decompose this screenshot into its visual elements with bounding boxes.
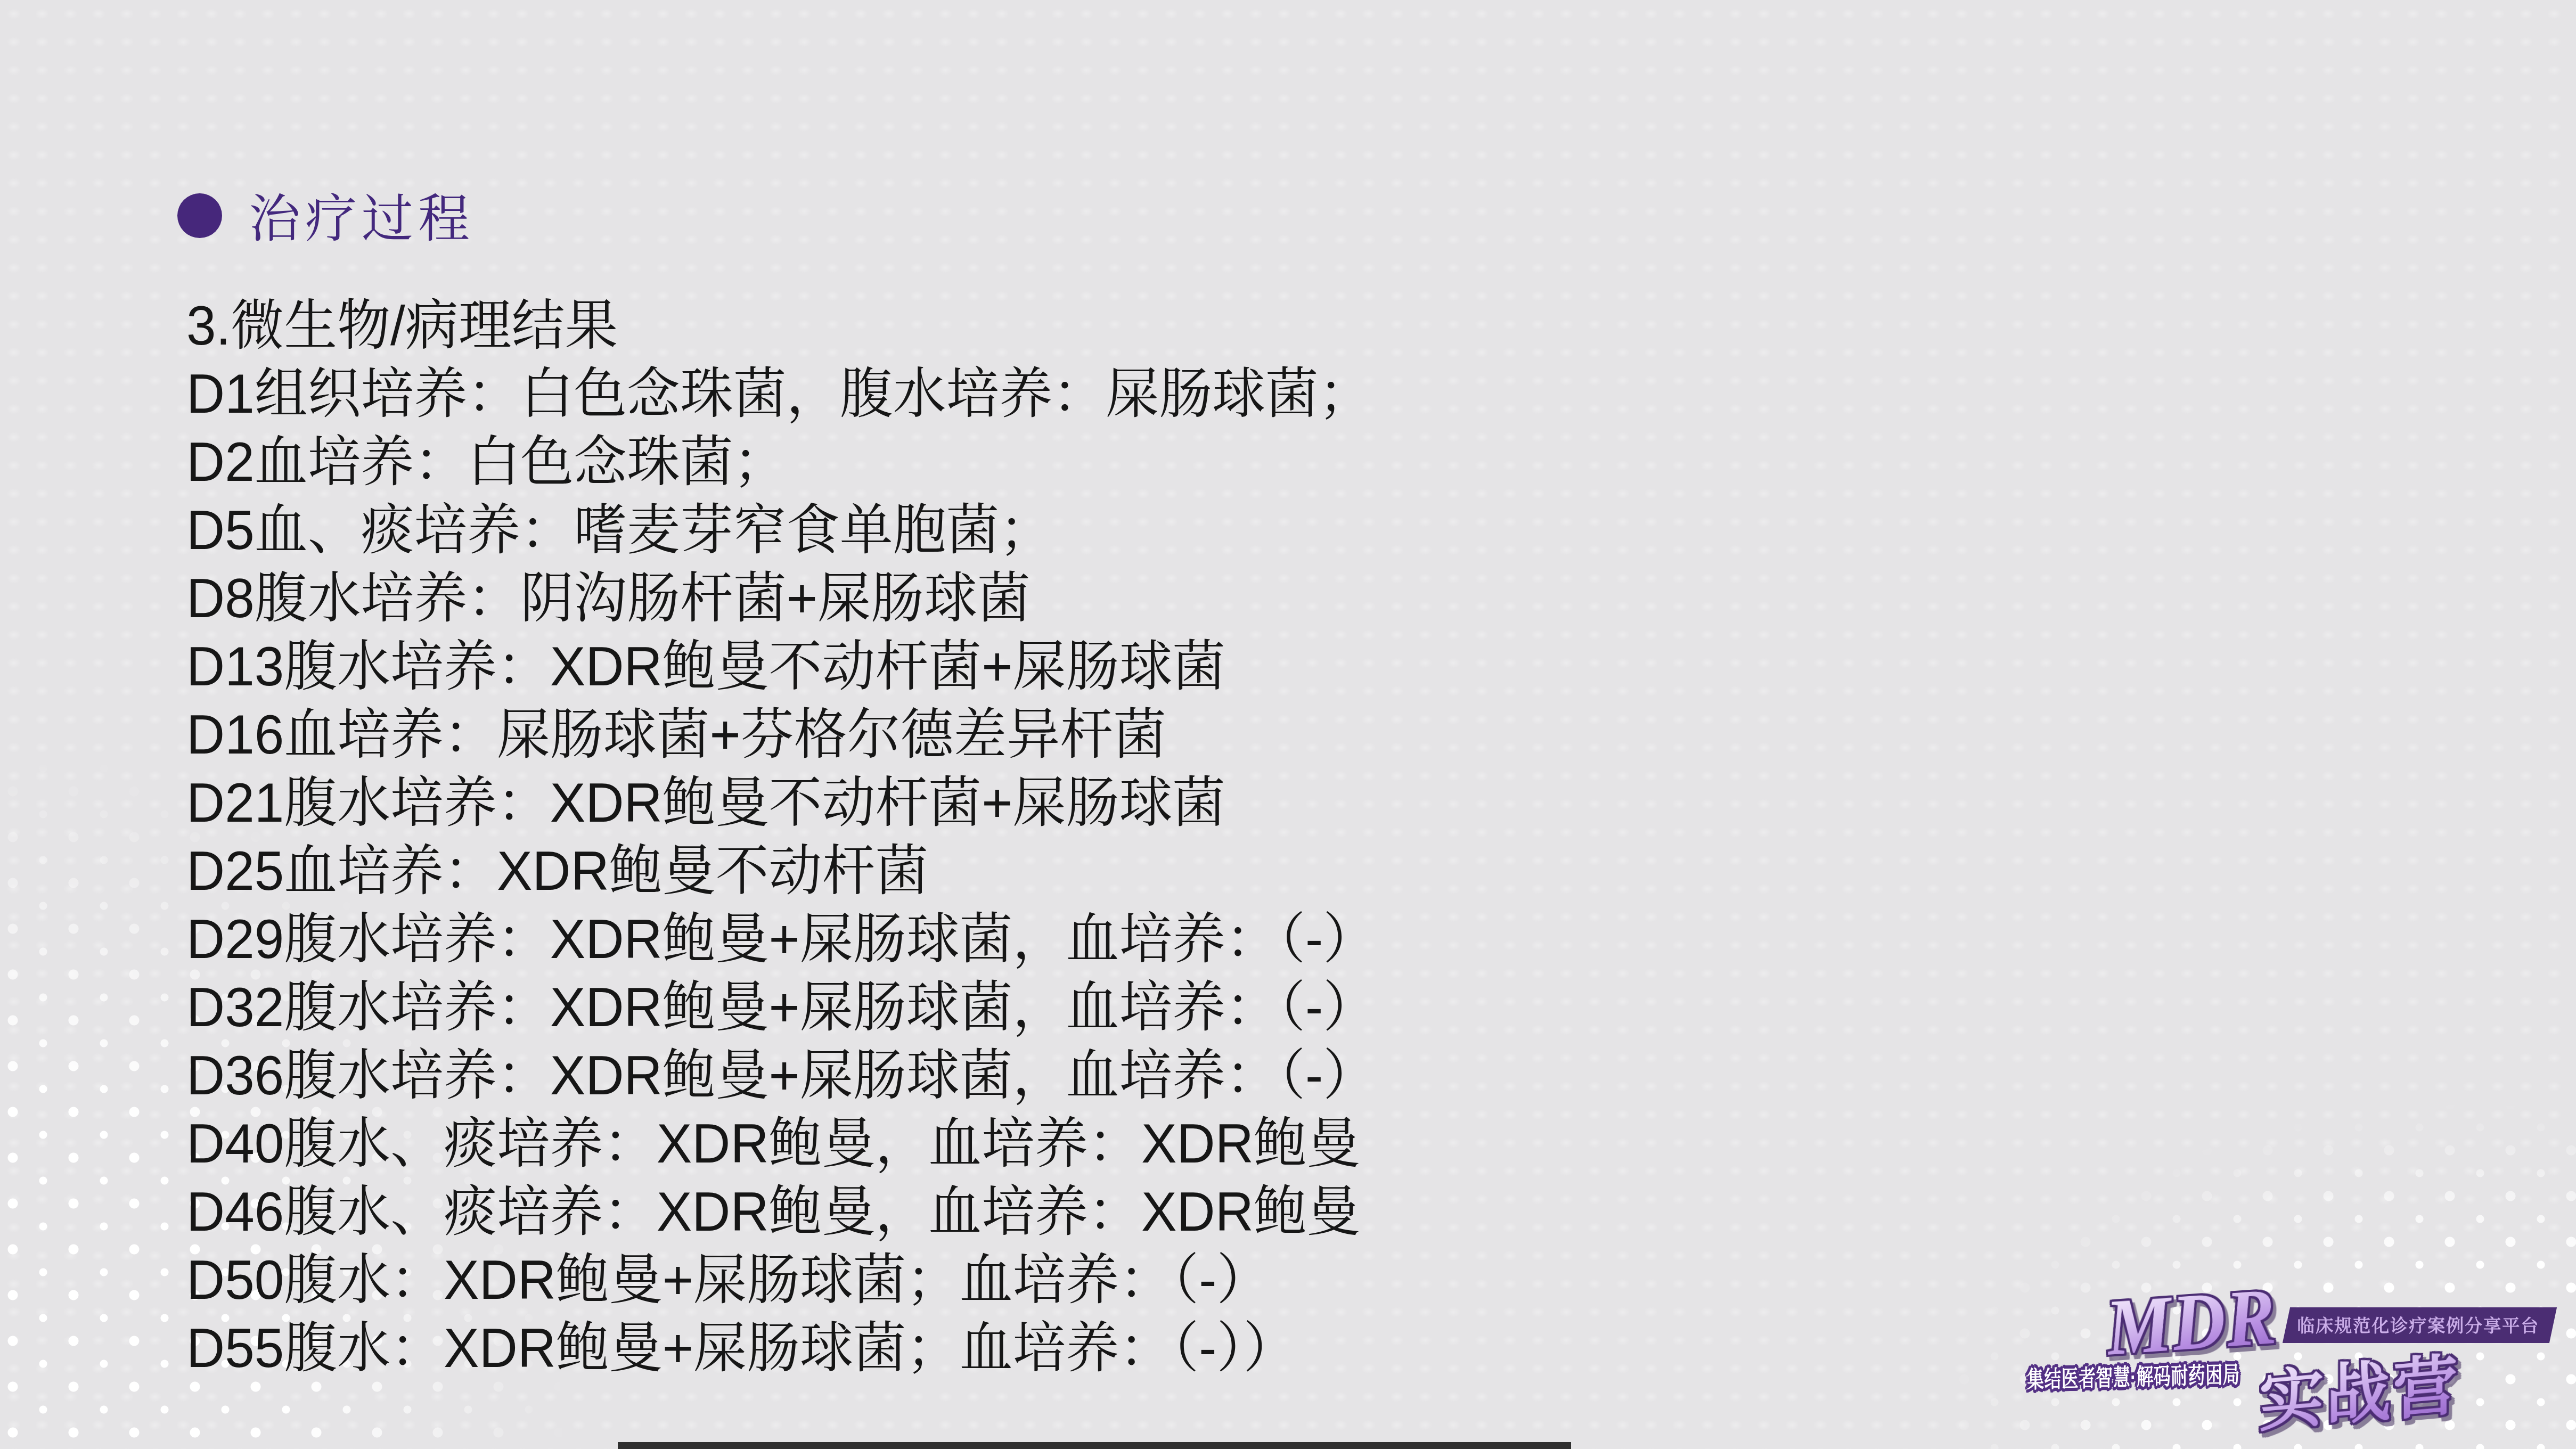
section-bullet-icon: [177, 193, 222, 238]
body-line: D13腹水培养：XDR鲍曼不动杆菌+屎肠球菌: [186, 633, 1376, 701]
logo-slogan-text: 集结医者智慧·解码耐药困局: [2027, 1355, 2240, 1395]
body-line: D2血培养：白色念珠菌；: [186, 428, 1376, 496]
section-header: 治疗过程: [177, 177, 475, 251]
body-line: D25血培养：XDR鲍曼不动杆菌: [186, 837, 1376, 905]
slide: { "slide": { "section_title": "治疗过程", "b…: [0, 0, 2576, 1449]
bottom-edge-artifact: [618, 1442, 1571, 1449]
logo-camp-text: 实战营: [2259, 1332, 2460, 1444]
body-line: D21腹水培养：XDR鲍曼不动杆菌+屎肠球菌: [186, 769, 1376, 837]
body-line: 3.微生物/病理结果: [186, 292, 1376, 360]
body-line: D1组织培养：白色念珠菌，腹水培养：屎肠球菌；: [186, 360, 1376, 428]
body-line: D55腹水：XDR鲍曼+屎肠球菌；血培养：（-））: [186, 1314, 1376, 1382]
body-line: D46腹水、痰培养：XDR鲍曼，血培养：XDR鲍曼: [186, 1178, 1376, 1246]
section-title: 治疗过程: [249, 177, 475, 251]
body-line: D32腹水培养：XDR鲍曼+屎肠球菌，血培养：（-）: [186, 973, 1376, 1042]
mdr-camp-logo: MDR 临床规范化诊疗案例分享平台 实战营 集结医者智慧·解码耐药困局: [2018, 1275, 2576, 1449]
body-line: D29腹水培养：XDR鲍曼+屎肠球菌，血培养：（-）: [186, 905, 1376, 973]
body-line: D36腹水培养：XDR鲍曼+屎肠球菌，血培养：（-）: [186, 1042, 1376, 1110]
body-line: D5血、痰培养：嗜麦芽窄食单胞菌；: [186, 496, 1376, 564]
body-line: D16血培养：屎肠球菌+芬格尔德差异杆菌: [186, 701, 1376, 769]
body-line: D8腹水培养：阴沟肠杆菌+屎肠球菌: [186, 564, 1376, 633]
body-line: D50腹水：XDR鲍曼+屎肠球菌；血培养：（-）: [186, 1246, 1376, 1314]
body-text: 3.微生物/病理结果 D1组织培养：白色念珠菌，腹水培养：屎肠球菌； D2血培养…: [186, 292, 1376, 1382]
body-line: D40腹水、痰培养：XDR鲍曼，血培养：XDR鲍曼: [186, 1110, 1376, 1178]
logo-banner-text: 临床规范化诊疗案例分享平台: [2297, 1312, 2539, 1337]
